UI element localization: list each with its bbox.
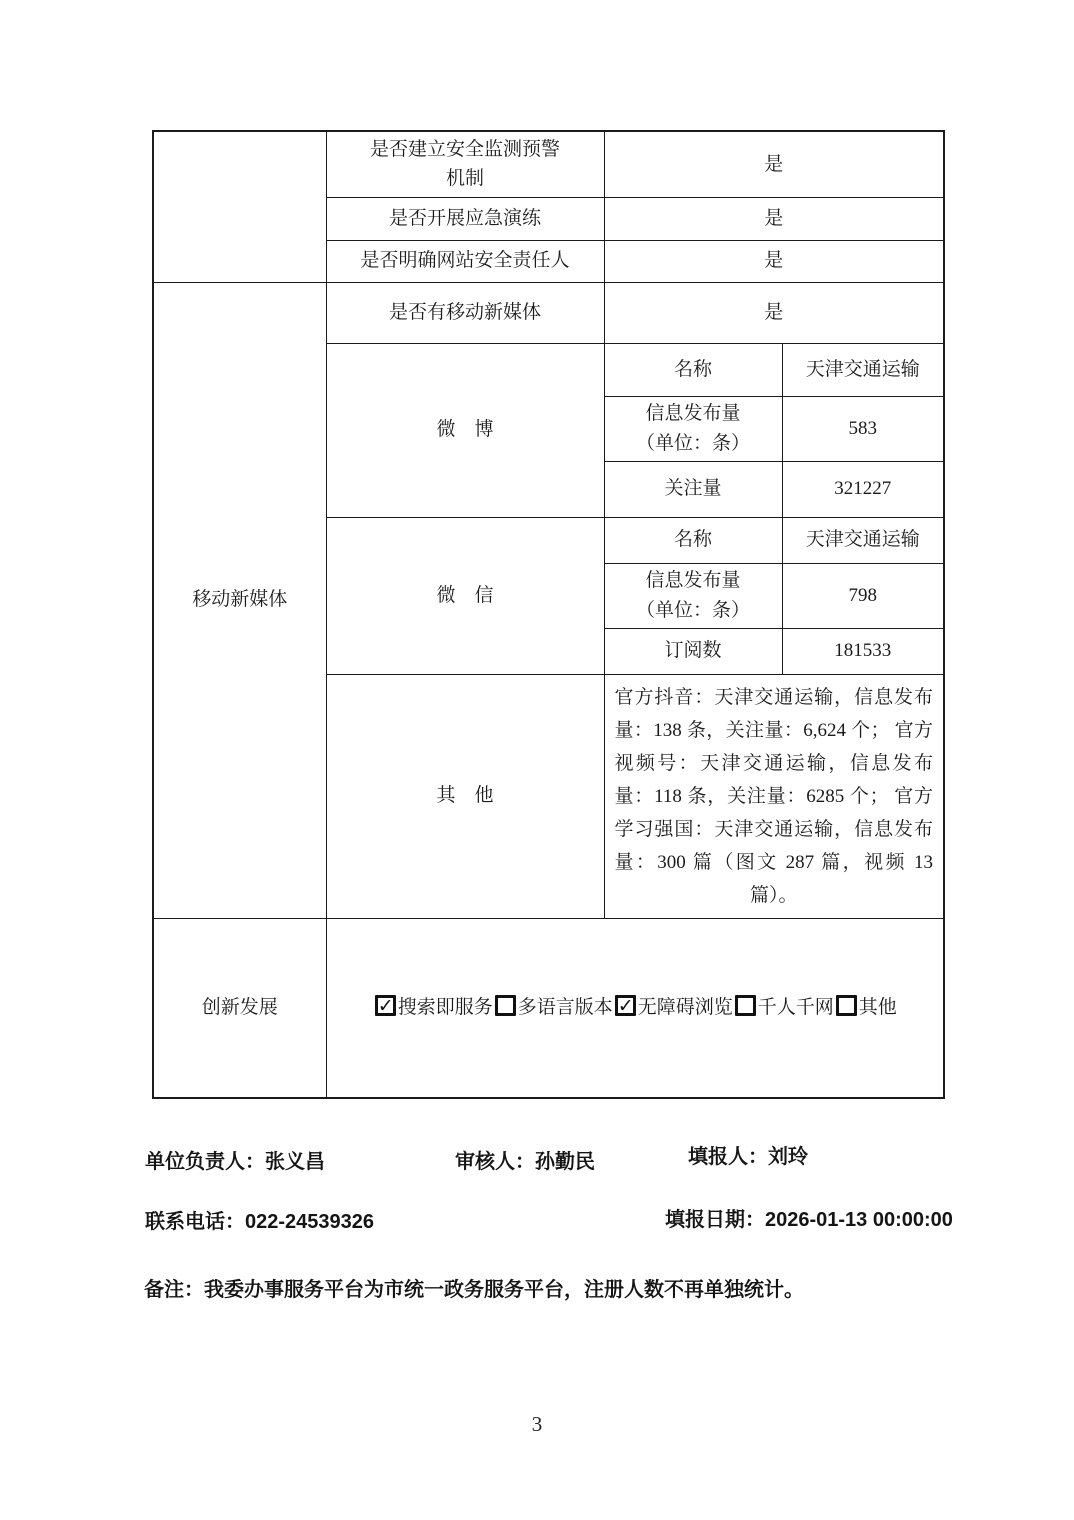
row-value: 是 xyxy=(604,282,944,343)
field-value: 181533 xyxy=(782,628,944,674)
row-value: 是 xyxy=(604,131,944,197)
checkbox-search-as-service-icon[interactable] xyxy=(375,995,396,1016)
platform-cell-weibo: 微 博 xyxy=(326,343,604,517)
innovation-option-multilang: 多语言版本 xyxy=(493,997,613,1018)
section-cell-innovation: 创新发展 xyxy=(153,918,326,1098)
field-value: 天津交通运输 xyxy=(782,343,944,396)
platform-cell-wechat: 微 信 xyxy=(326,517,604,674)
innovation-option-accessibility: 无障碍浏览 xyxy=(613,997,733,1018)
field-label: 订阅数 xyxy=(604,628,782,674)
row-label: 是否有移动新媒体 xyxy=(326,282,604,343)
row-value: 是 xyxy=(604,197,944,240)
platform-cell-other: 其 他 xyxy=(326,674,604,918)
table-row: 是否建立安全监测预警 机制 是 xyxy=(153,131,944,197)
table-row: 创新发展 搜索即服务多语言版本无障碍浏览千人千网其他 xyxy=(153,918,944,1098)
field-label: 信息发布量 （单位：条） xyxy=(604,563,782,628)
field-label: 信息发布量 （单位：条） xyxy=(604,396,782,461)
option-label: 无障碍浏览 xyxy=(638,997,733,1018)
checkbox-other-icon[interactable] xyxy=(836,995,857,1016)
report-table: 是否建立安全监测预警 机制 是 是否开展应急演练 是 是否明确网站安全责任人 是… xyxy=(152,130,945,1099)
field-value: 天津交通运输 xyxy=(782,517,944,563)
fill-date: 填报日期：2026-01-13 00:00:00 xyxy=(665,1203,953,1232)
innovation-options-cell: 搜索即服务多语言版本无障碍浏览千人千网其他 xyxy=(326,918,944,1098)
contact-phone: 联系电话：022-24539326 xyxy=(145,1205,374,1234)
table-row: 移动新媒体 是否有移动新媒体 是 xyxy=(153,282,944,343)
field-value: 583 xyxy=(782,396,944,461)
row-label: 是否开展应急演练 xyxy=(326,197,604,240)
filler-signature: 填报人：刘玲 xyxy=(688,1140,808,1169)
option-label: 其他 xyxy=(859,997,897,1018)
field-value: 798 xyxy=(782,563,944,628)
other-platforms-text: 官方抖音：天津交通运输，信息发布量：138 条，关注量：6,624 个； 官方视… xyxy=(604,674,944,918)
option-label: 千人千网 xyxy=(758,997,834,1018)
option-label: 搜索即服务 xyxy=(398,997,493,1018)
unit-head-signature: 单位负责人：张义昌 xyxy=(145,1145,325,1174)
innovation-option-personalized: 千人千网 xyxy=(733,997,834,1018)
remark-note: 备注：我委办事服务平台为市统一政务服务平台，注册人数不再单独统计。 xyxy=(144,1273,804,1302)
page-number: 3 xyxy=(0,1412,1074,1437)
checkbox-personalized-icon[interactable] xyxy=(735,995,756,1016)
field-label: 关注量 xyxy=(604,461,782,517)
field-label: 名称 xyxy=(604,343,782,396)
innovation-option-search: 搜索即服务 xyxy=(373,997,493,1018)
row-label: 是否建立安全监测预警 机制 xyxy=(326,131,604,197)
checkbox-multilingual-icon[interactable] xyxy=(495,995,516,1016)
row-label: 是否明确网站安全责任人 xyxy=(326,240,604,282)
innovation-option-other: 其他 xyxy=(834,997,897,1018)
section-cell-mobile-media: 移动新媒体 xyxy=(153,282,326,918)
reviewer-signature: 审核人：孙勤民 xyxy=(455,1145,595,1174)
section-cell-empty xyxy=(153,131,326,282)
row-value: 是 xyxy=(604,240,944,282)
field-label: 名称 xyxy=(604,517,782,563)
field-value: 321227 xyxy=(782,461,944,517)
option-label: 多语言版本 xyxy=(518,997,613,1018)
checkbox-accessibility-icon[interactable] xyxy=(615,995,636,1016)
